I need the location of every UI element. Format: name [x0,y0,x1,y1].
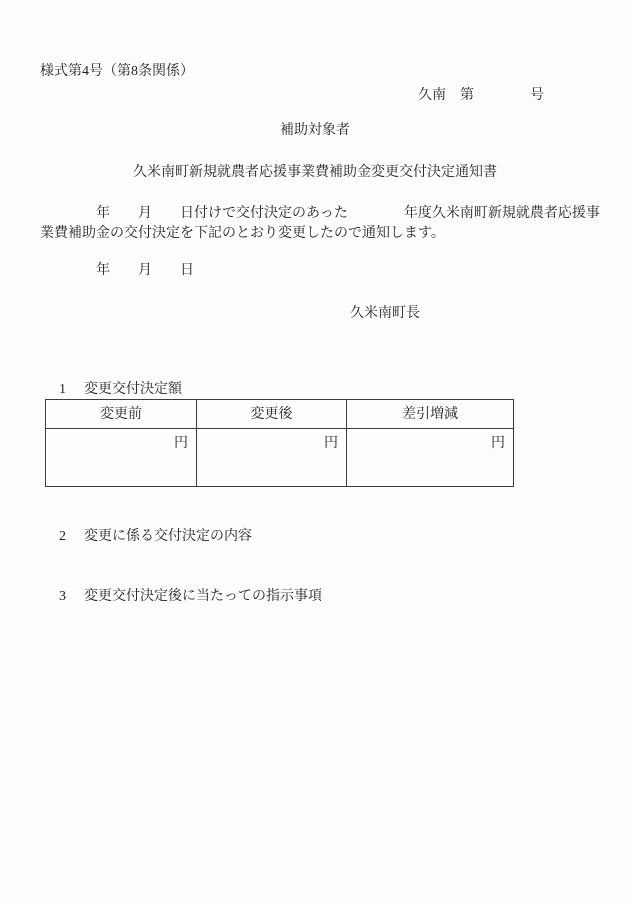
header-before-change: 変更前 [46,400,197,429]
body-paragraph: 年 月 日付けで交付決定のあった 年度久米南町新規就農者応援事 業費補助金の交付… [40,204,596,244]
section-2-label: 変更に係る交付決定の内容 [84,529,252,544]
table-row: 円 円 円 [46,429,514,487]
document-title: 久米南町新規就農者応援事業費補助金変更交付決定通知書 [0,164,630,181]
amount-change-table: 変更前 変更後 差引増減 円 円 円 [45,399,514,487]
cell-difference-yen: 円 [347,429,514,487]
section-3-number: 3 [59,588,84,605]
date-line: 年 月 日 [40,262,194,279]
body-line-2: 業費補助金の交付決定を下記のとおり変更したので通知します。 [40,224,596,244]
cell-after-change-yen: 円 [197,429,347,487]
signer-title: 久米南町長 [350,305,420,322]
addressee-label: 補助対象者 [0,122,630,139]
form-number: 様式第4号（第8条関係） [40,63,194,80]
header-after-change: 変更後 [197,400,347,429]
section-2-heading: 2変更に係る交付決定の内容 [45,511,252,562]
cell-before-change-yen: 円 [46,429,197,487]
header-difference: 差引増減 [347,400,514,429]
section-2-number: 2 [59,528,84,545]
section-3-label: 変更交付決定後に当たっての指示事項 [84,589,322,604]
section-1-label: 変更交付決定額 [84,382,182,397]
table-header-row: 変更前 変更後 差引増減 [46,400,514,429]
body-line-1: 年 月 日付けで交付決定のあった 年度久米南町新規就農者応援事 [40,204,596,224]
section-3-heading: 3変更交付決定後に当たっての指示事項 [45,571,322,622]
document-number-line: 久南 第 号 [418,87,544,104]
document-page: 様式第4号（第8条関係） 久南 第 号 補助対象者 久米南町新規就農者応援事業費… [0,0,630,903]
section-1-number: 1 [59,381,84,398]
